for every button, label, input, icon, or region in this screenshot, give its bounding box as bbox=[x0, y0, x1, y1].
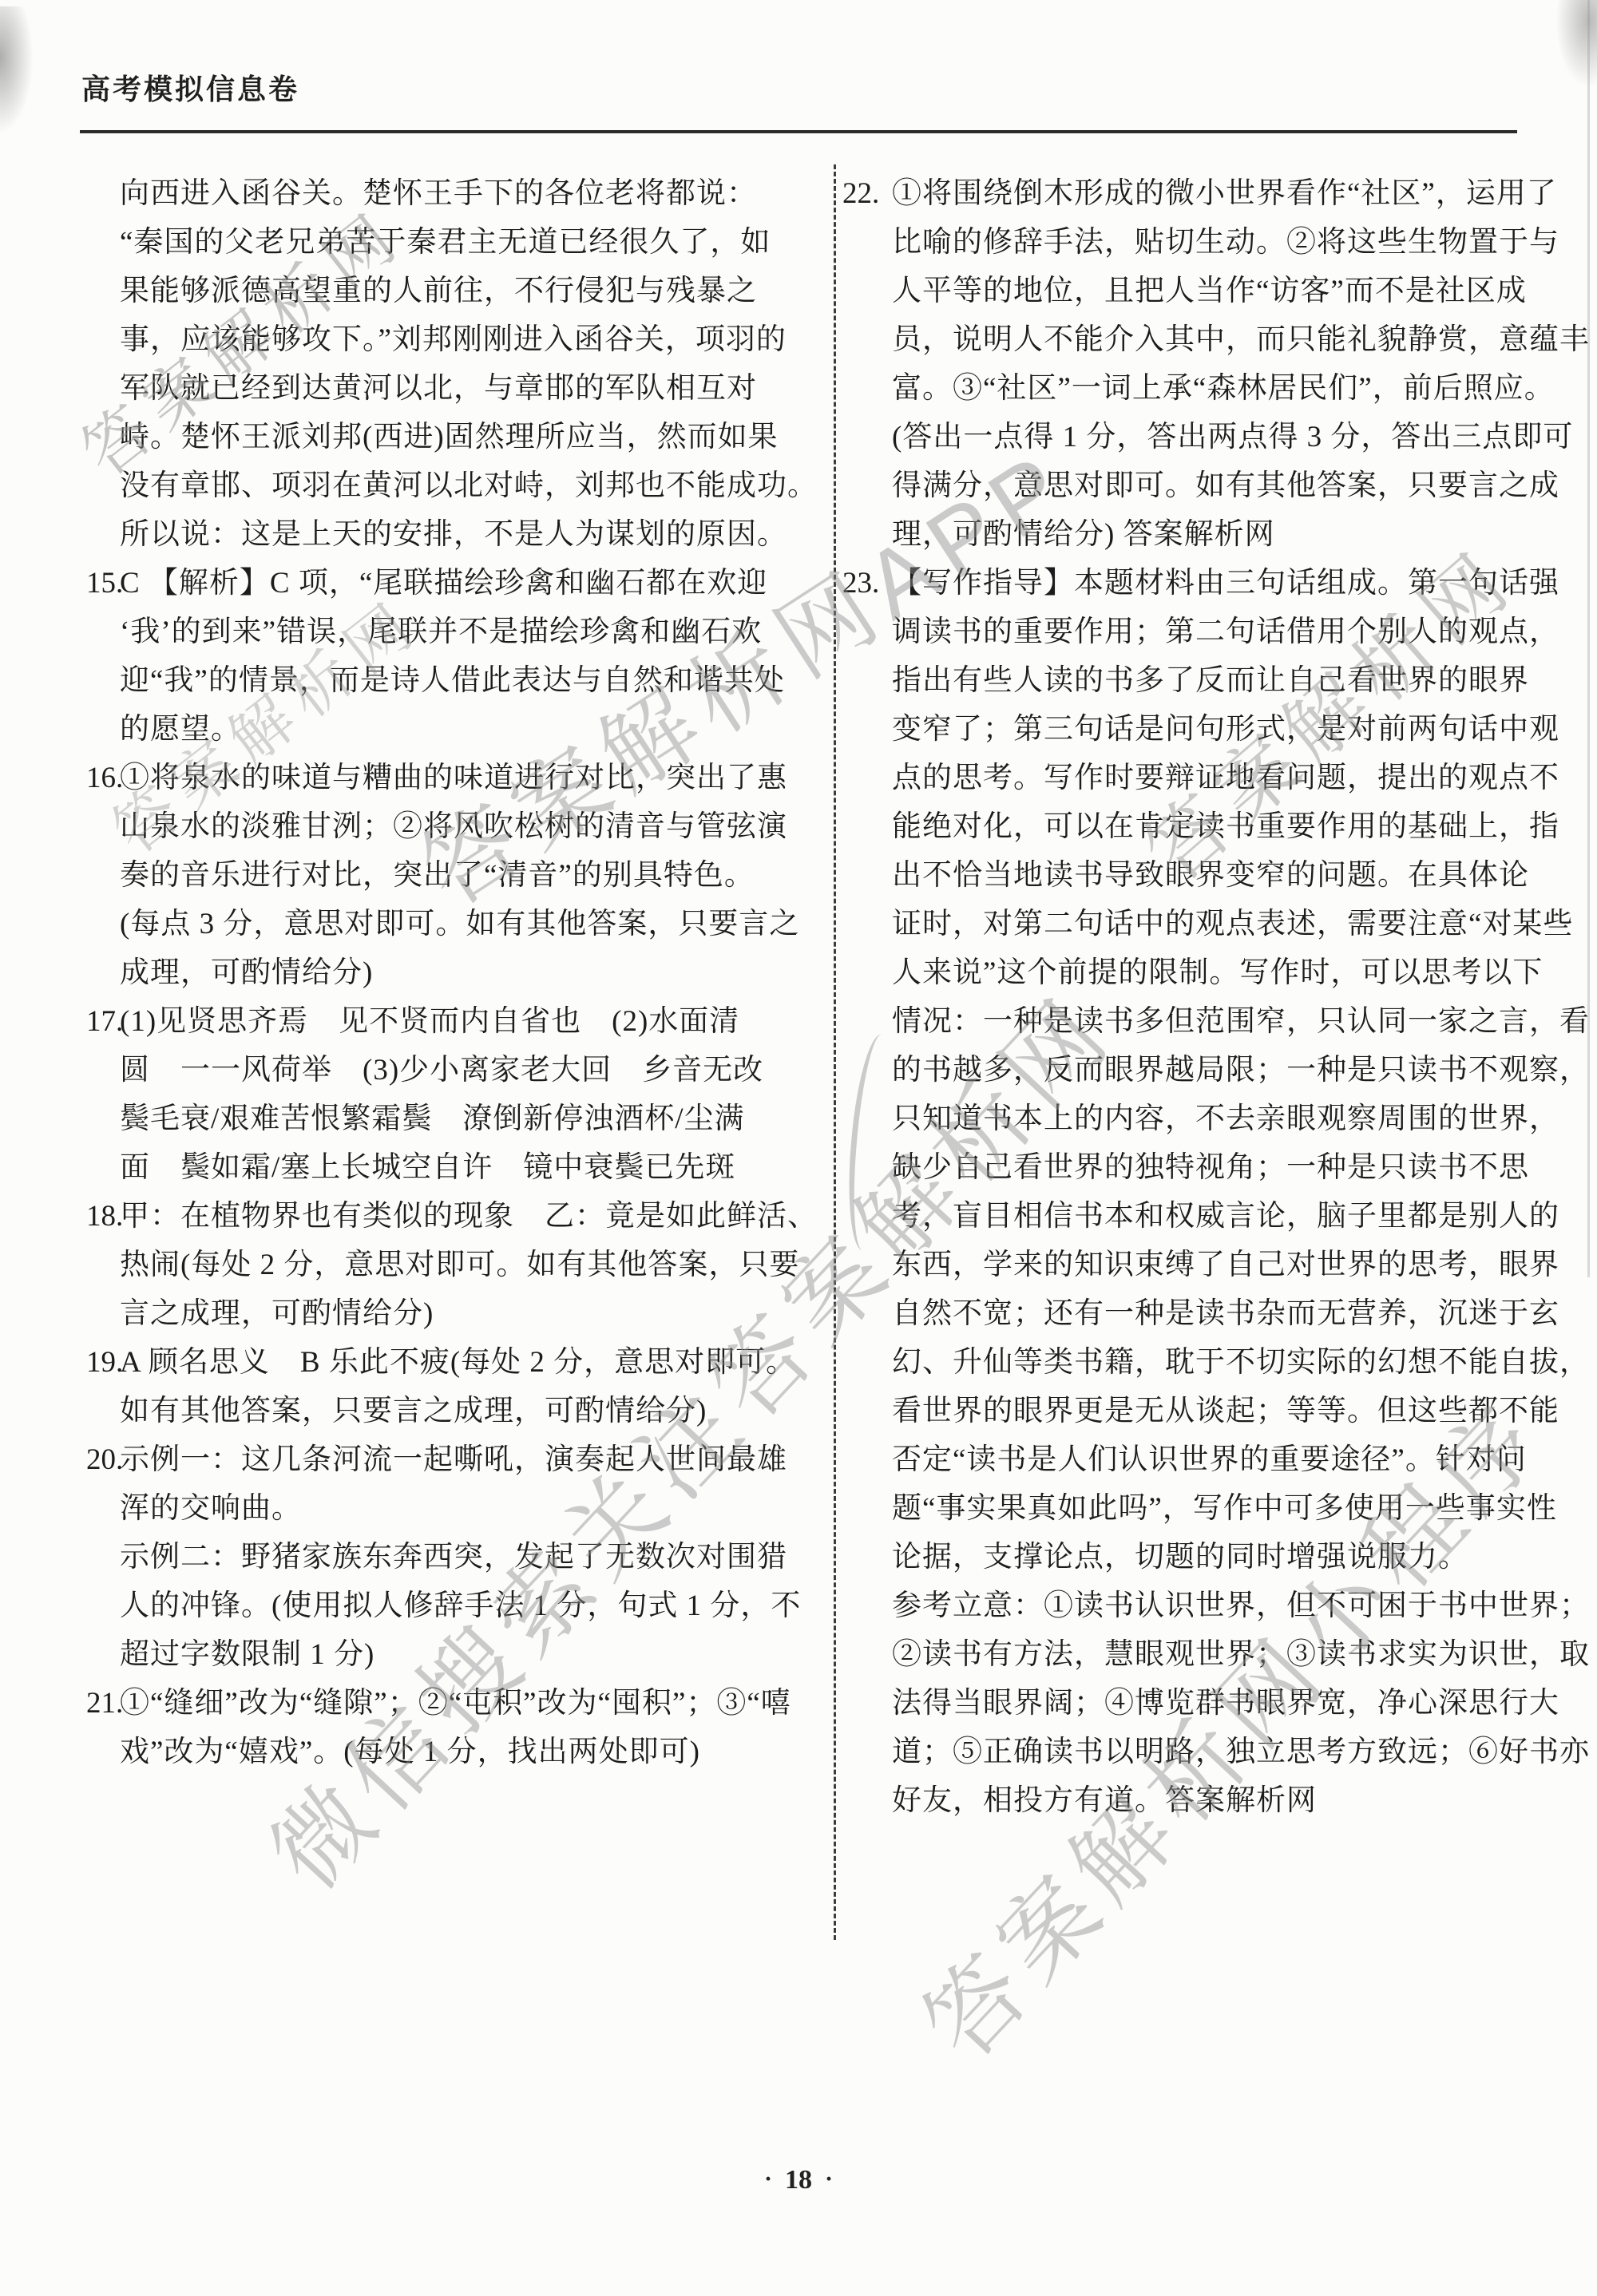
answer-line: ①“缝细”改为“缝隙”；②“屯积”改为“囤积”；③“嘻 bbox=[120, 1679, 818, 1728]
item-number: 18. bbox=[86, 1192, 123, 1241]
answer-line: 言之成理，可酌情给分) bbox=[120, 1289, 818, 1338]
answer-line: 比喻的修辞手法，贴切生动。②将这些生物置于与 bbox=[892, 218, 1590, 267]
answer-line: 甲：在植物界也有类似的现象 乙：竟是如此鲜活、 bbox=[120, 1192, 818, 1241]
scan-smudge-top-right bbox=[1555, 0, 1597, 88]
answer-line: 人平等的地位，且把人当作“访客”而不是社区成 bbox=[892, 267, 1590, 315]
footer-dot-right: · bbox=[825, 2166, 833, 2192]
column-divider bbox=[834, 164, 836, 1940]
answer-line: (答出一点得 1 分，答出两点得 3 分，答出三点即可 bbox=[892, 413, 1590, 461]
answer-line: 自然不宽；还有一种是读书杂而无营养，沉迷于玄 bbox=[892, 1289, 1590, 1338]
answer-line: 富。③“社区”一词上承“森林居民们”，前后照应。 bbox=[892, 364, 1590, 413]
answer-line: 热闹(每处 2 分，意思对即可。如有其他答案，只要 bbox=[120, 1241, 818, 1289]
scan-fold-line bbox=[1587, 0, 1590, 1277]
answer-item: 17.(1)见贤思齐焉 见不贤而内自省也 (2)水面清圆 一一风荷举 (3)少小… bbox=[120, 997, 818, 1192]
answer-line: 员，说明人不能介入其中，而只能礼貌静赏，意蕴丰 bbox=[892, 315, 1590, 364]
answer-line: 参考立意：①读书认识世界，但不可困于书中世界； bbox=[892, 1581, 1590, 1630]
answer-item: 向西进入函谷关。楚怀王手下的各位老将都说：“秦国的父老兄弟苦于秦君主无道已经很久… bbox=[120, 169, 818, 559]
page-footer: ·18· bbox=[0, 2165, 1597, 2195]
answer-line: 证时，对第二句话中的观点表述，需要注意“对某些 bbox=[892, 900, 1590, 948]
item-number: 21. bbox=[86, 1679, 123, 1728]
answer-line: 戏”改为“嬉戏”。(每处 1 分，找出两处即可) bbox=[120, 1728, 818, 1776]
scan-smudge-top-left bbox=[0, 6, 34, 134]
answer-line: 法得当眼界阔；④博览群书眼界宽，净心深思行大 bbox=[892, 1679, 1590, 1728]
answer-line: 缺少自己看世界的独特视角；一种是只读书不思 bbox=[892, 1143, 1590, 1192]
answer-item: 16.①将泉水的味道与糟曲的味道进行对比，突出了惠山泉水的淡雅甘洌；②将风吹松树… bbox=[120, 754, 818, 997]
header-rule bbox=[80, 130, 1517, 133]
page: { "header": { "title": "高考模拟信息卷" }, "foo… bbox=[0, 0, 1597, 2296]
answer-line: C 【解析】C 项，“尾联描绘珍禽和幽石都在欢迎 bbox=[120, 559, 818, 608]
answer-line: 如有其他答案，只要言之成理，可酌情给分) bbox=[120, 1387, 818, 1435]
item-number: 22. bbox=[842, 169, 879, 218]
answer-line: 理，可酌情给分) 答案解析网 bbox=[892, 510, 1590, 559]
answer-line: 果能够派德高望重的人前往，不行侵犯与残暴之 bbox=[120, 267, 818, 315]
footer-dot-left: · bbox=[764, 2166, 772, 2192]
answer-item: 15.C 【解析】C 项，“尾联描绘珍禽和幽石都在欢迎‘我’的到来”错误，尾联并… bbox=[120, 559, 818, 754]
answer-line: 题“事实果真如此吗”，写作中可多使用一些事实性 bbox=[892, 1484, 1590, 1533]
answer-item: 20.示例一：这几条河流一起嘶吼，演奏起人世间最雄浑的交响曲。示例二：野猪家族东… bbox=[120, 1435, 818, 1679]
answer-item: 22.①将围绕倒木形成的微小世界看作“社区”，运用了比喻的修辞手法，贴切生动。②… bbox=[892, 169, 1590, 559]
answer-line: (每点 3 分，意思对即可。如有其他答案，只要言之 bbox=[120, 900, 818, 948]
answer-line: 论据，支撑论点，切题的同时增强说服力。 bbox=[892, 1533, 1590, 1581]
answer-item: 21.①“缝细”改为“缝隙”；②“屯积”改为“囤积”；③“嘻戏”改为“嬉戏”。(… bbox=[120, 1679, 818, 1776]
answer-line: 浑的交响曲。 bbox=[120, 1484, 818, 1533]
answer-line: 变窄了；第三句话是问句形式，是对前两句话中观 bbox=[892, 705, 1590, 754]
answer-line: 山泉水的淡雅甘洌；②将风吹松树的清音与管弦演 bbox=[120, 802, 818, 851]
answer-line: 指出有些人读的书多了反而让自己看世界的眼界 bbox=[892, 656, 1590, 705]
answer-line: 没有章邯、项羽在黄河以北对峙，刘邦也不能成功。 bbox=[120, 461, 818, 510]
answer-line: 示例二：野猪家族东奔西突，发起了无数次对围猎 bbox=[120, 1533, 818, 1581]
page-title: 高考模拟信息卷 bbox=[81, 67, 299, 108]
item-number: 15. bbox=[86, 559, 123, 608]
answer-line: 幻、升仙等类书籍，耽于不切实际的幻想不能自拔， bbox=[892, 1338, 1590, 1387]
answer-line: 调读书的重要作用；第二句话借用个别人的观点， bbox=[892, 608, 1590, 656]
item-number: 23. bbox=[842, 559, 879, 608]
answer-line: ①将泉水的味道与糟曲的味道进行对比，突出了惠 bbox=[120, 754, 818, 802]
item-number: 20. bbox=[86, 1435, 123, 1484]
answer-item: 23.【写作指导】本题材料由三句话组成。第一句话强调读书的重要作用；第二句话借用… bbox=[892, 559, 1590, 1825]
answer-line: ‘我’的到来”错误，尾联并不是描绘珍禽和幽石欢 bbox=[120, 608, 818, 656]
answer-line: 情况：一种是读书多但范围窄，只认同一家之言，看 bbox=[892, 997, 1590, 1046]
answer-line: 出不恰当地读书导致眼界变窄的问题。在具体论 bbox=[892, 851, 1590, 900]
answer-line: 人的冲锋。(使用拟人修辞手法 1 分，句式 1 分，不 bbox=[120, 1581, 818, 1630]
answer-line: 得满分，意思对即可。如有其他答案，只要言之成 bbox=[892, 461, 1590, 510]
page-number: 18 bbox=[785, 2165, 812, 2195]
answer-line: 好友，相投方有道。答案解析网 bbox=[892, 1776, 1590, 1825]
answer-item: 18.甲：在植物界也有类似的现象 乙：竟是如此鲜活、热闹(每处 2 分，意思对即… bbox=[120, 1192, 818, 1338]
answer-line: 圆 一一风荷举 (3)少小离家老大回 乡音无改 bbox=[120, 1046, 818, 1095]
answer-line: 点的思考。写作时要辩证地看问题，提出的观点不 bbox=[892, 754, 1590, 802]
answer-line: 事，应该能够攻下。”刘邦刚刚进入函谷关，项羽的 bbox=[120, 315, 818, 364]
answer-line: 成理，可酌情给分) bbox=[120, 948, 818, 997]
answer-line: 的愿望。 bbox=[120, 705, 818, 754]
answer-line: 所以说：这是上天的安排，不是人为谋划的原因。 bbox=[120, 510, 818, 559]
item-number: 19. bbox=[86, 1338, 123, 1387]
answer-line: 迎“我”的情景，而是诗人借此表达与自然和谐共处 bbox=[120, 656, 818, 705]
answer-line: ①将围绕倒木形成的微小世界看作“社区”，运用了 bbox=[892, 169, 1590, 218]
answer-line: 看世界的眼界更是无从谈起；等等。但这些都不能 bbox=[892, 1387, 1590, 1435]
answer-line: A 顾名思义 B 乐此不疲(每处 2 分，意思对即可。 bbox=[120, 1338, 818, 1387]
answer-line: 示例一：这几条河流一起嘶吼，演奏起人世间最雄 bbox=[120, 1435, 818, 1484]
answer-line: 否定“读书是人们认识世界的重要途径”。针对问 bbox=[892, 1435, 1590, 1484]
answer-line: 只知道书本上的内容，不去亲眼观察周围的世界， bbox=[892, 1095, 1590, 1143]
answer-item: 19.A 顾名思义 B 乐此不疲(每处 2 分，意思对即可。如有其他答案，只要言… bbox=[120, 1338, 818, 1435]
answer-line: 人来说”这个前提的限制。写作时，可以思考以下 bbox=[892, 948, 1590, 997]
answer-line: 鬓毛衰/艰难苦恨繁霜鬓 潦倒新停浊酒杯/尘满 bbox=[120, 1095, 818, 1143]
answer-line: 峙。楚怀王派刘邦(西进)固然理所应当，然而如果 bbox=[120, 413, 818, 461]
answers-column-left: 向西进入函谷关。楚怀王手下的各位老将都说：“秦国的父老兄弟苦于秦君主无道已经很久… bbox=[120, 169, 818, 1776]
item-number: 17. bbox=[86, 997, 123, 1046]
answer-line: 考，盲目相信书本和权威言论，脑子里都是别人的 bbox=[892, 1192, 1590, 1241]
answer-line: 向西进入函谷关。楚怀王手下的各位老将都说： bbox=[120, 169, 818, 218]
answer-line: 奏的音乐进行对比，突出了“清音”的别具特色。 bbox=[120, 851, 818, 900]
answer-line: 【写作指导】本题材料由三句话组成。第一句话强 bbox=[892, 559, 1590, 608]
answer-line: ②读书有方法，慧眼观世界；③读书求实为识世，取 bbox=[892, 1630, 1590, 1679]
answer-line: 道；⑤正确读书以明路，独立思考方致远；⑥好书亦 bbox=[892, 1728, 1590, 1776]
answer-line: 能绝对化，可以在肯定读书重要作用的基础上，指 bbox=[892, 802, 1590, 851]
item-number: 16. bbox=[86, 754, 123, 802]
answer-line: 的书越多，反而眼界越局限；一种是只读书不观察， bbox=[892, 1046, 1590, 1095]
answer-line: “秦国的父老兄弟苦于秦君主无道已经很久了，如 bbox=[120, 218, 818, 267]
answer-line: 东西，学来的知识束缚了自己对世界的思考，眼界 bbox=[892, 1241, 1590, 1289]
answer-line: 面 鬓如霜/塞上长城空自许 镜中衰鬓已先斑 bbox=[120, 1143, 818, 1192]
answer-line: (1)见贤思齐焉 见不贤而内自省也 (2)水面清 bbox=[120, 997, 818, 1046]
answer-line: 超过字数限制 1 分) bbox=[120, 1630, 818, 1679]
answers-column-right: 22.①将围绕倒木形成的微小世界看作“社区”，运用了比喻的修辞手法，贴切生动。②… bbox=[892, 169, 1590, 1825]
answer-line: 军队就已经到达黄河以北，与章邯的军队相互对 bbox=[120, 364, 818, 413]
